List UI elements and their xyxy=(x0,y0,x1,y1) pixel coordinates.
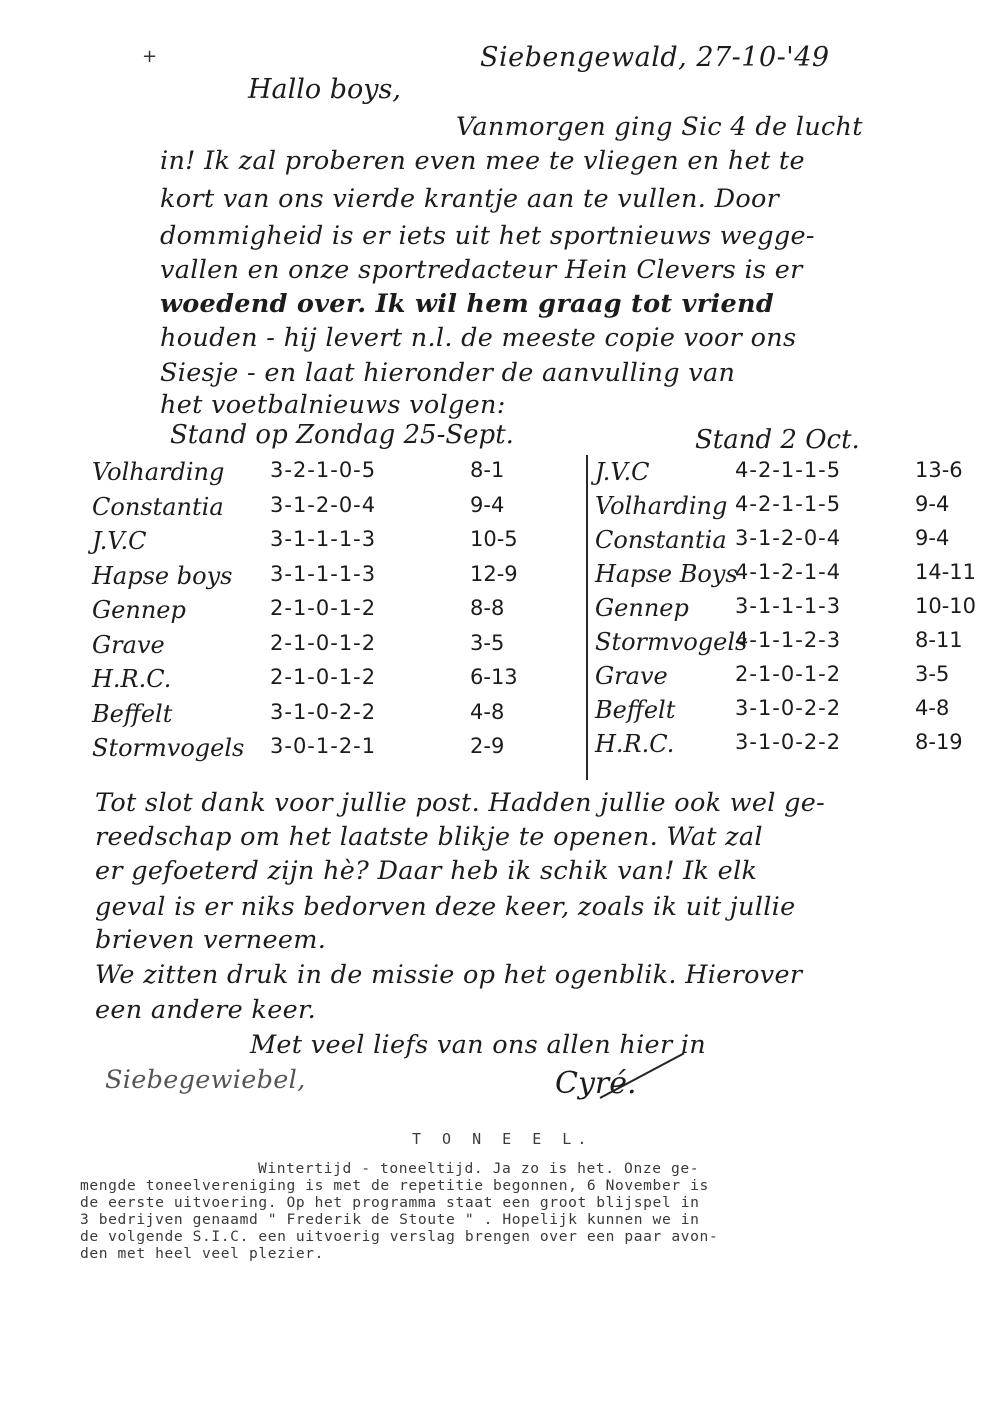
text-line: brieven verneem. xyxy=(95,925,326,955)
team-record: 2-1-0-1-2 xyxy=(270,665,376,689)
text-line: Vanmorgen ging Sic 4 de lucht xyxy=(456,112,863,142)
goal-difference: 3-5 xyxy=(470,631,504,655)
team-name: Beffelt xyxy=(595,696,675,724)
text-line: We zitten druk in de missie op het ogenb… xyxy=(95,960,802,990)
team-record: 3-1-2-0-4 xyxy=(735,526,841,550)
team-name: H.R.C. xyxy=(595,730,674,758)
goal-difference: 3-5 xyxy=(915,662,949,686)
section-title: T O N E E L. xyxy=(412,1130,592,1148)
goal-difference: 4-8 xyxy=(915,696,949,720)
team-name: Stormvogels xyxy=(92,734,244,762)
text-line: er gefoeterd zijn hè? Daar heb ik schik … xyxy=(95,856,757,886)
goal-difference: 10-10 xyxy=(915,594,976,618)
team-name: H.R.C. xyxy=(92,665,171,693)
team-name: Grave xyxy=(595,662,668,690)
team-record: 3-1-0-2-2 xyxy=(270,700,376,724)
team-record: 4-2-1-1-5 xyxy=(735,492,841,516)
team-name: J.V.C xyxy=(92,527,147,555)
goal-difference: 10-5 xyxy=(470,527,518,551)
text-line: houden - hij levert n.l. de meeste copie… xyxy=(160,323,796,353)
goal-difference: 4-8 xyxy=(470,700,504,724)
goal-difference: 9-4 xyxy=(470,493,504,517)
team-name: Grave xyxy=(92,631,165,659)
team-name: Volharding xyxy=(595,492,727,520)
text-line: reedschap om het laatste blikje te opene… xyxy=(95,822,763,852)
goal-difference: 8-19 xyxy=(915,730,963,754)
goal-difference: 8-11 xyxy=(915,628,963,652)
goal-difference: 2-9 xyxy=(470,734,504,758)
text-line: Siesje - en laat hieronder de aanvulling… xyxy=(160,358,735,388)
team-name: Beffelt xyxy=(92,700,172,728)
team-record: 2-1-0-1-2 xyxy=(270,596,376,620)
goal-difference: 9-4 xyxy=(915,492,949,516)
column-divider xyxy=(586,455,588,780)
team-name: Volharding xyxy=(92,458,224,486)
text-line: de eerste uitvoering. Op het programma s… xyxy=(80,1194,700,1211)
goal-difference: 6-13 xyxy=(470,665,518,689)
text-line: de volgende S.I.C. een uitvoerig verslag… xyxy=(80,1228,718,1245)
team-name: Stormvogels xyxy=(595,628,747,656)
text-line: kort van ons vierde krantje aan te vulle… xyxy=(160,184,779,214)
team-record: 4-2-1-1-5 xyxy=(735,458,841,482)
place-signoff: Siebegewiebel, xyxy=(105,1065,306,1095)
team-name: Constantia xyxy=(92,493,224,521)
team-name: J.V.C xyxy=(595,458,650,486)
team-record: 4-1-2-1-4 xyxy=(735,560,841,584)
team-name: Gennep xyxy=(595,594,689,622)
text-line: het voetbalnieuws volgen: xyxy=(160,390,506,420)
goal-difference: 8-1 xyxy=(470,458,504,482)
text-line: dommigheid is er iets uit het sportnieuw… xyxy=(160,221,815,251)
table-title: Stand op Zondag 25-Sept. xyxy=(170,420,514,450)
team-record: 3-1-0-2-2 xyxy=(735,730,841,754)
team-name: Hapse Boys xyxy=(595,560,738,588)
goal-difference: 13-6 xyxy=(915,458,963,482)
corner-mark: + xyxy=(142,46,157,67)
team-record: 3-1-1-1-3 xyxy=(270,562,376,586)
goal-difference: 9-4 xyxy=(915,526,949,550)
team-name: Hapse boys xyxy=(92,562,232,590)
team-record: 2-1-0-1-2 xyxy=(270,631,376,655)
team-record: 3-1-2-0-4 xyxy=(270,493,376,517)
table-title: Stand 2 Oct. xyxy=(695,425,860,455)
text-line: 3 bedrijven genaamd " Frederik de Stoute… xyxy=(80,1211,700,1228)
team-record: 2-1-0-1-2 xyxy=(735,662,841,686)
goal-difference: 14-11 xyxy=(915,560,976,584)
text-line: Wintertijd - toneeltijd. Ja zo is het. O… xyxy=(258,1160,699,1177)
goal-difference: 12-9 xyxy=(470,562,518,586)
text-line: mengde toneelvereniging is met de repeti… xyxy=(80,1177,709,1194)
text-line: in! Ik zal proberen even mee te vliegen … xyxy=(160,146,805,176)
greeting: Hallo boys, xyxy=(248,74,401,105)
text-line: Tot slot dank voor jullie post. Hadden j… xyxy=(95,788,825,818)
team-record: 3-1-1-1-3 xyxy=(735,594,841,618)
team-record: 4-1-1-2-3 xyxy=(735,628,841,652)
text-line: woedend over. Ik wil hem graag tot vrien… xyxy=(160,289,774,319)
team-name: Constantia xyxy=(595,526,727,554)
goal-difference: 8-8 xyxy=(470,596,504,620)
dateline: Siebengewald, 27-10-'49 xyxy=(480,42,830,73)
team-record: 3-0-1-2-1 xyxy=(270,734,376,758)
text-line: den met heel veel plezier. xyxy=(80,1245,324,1262)
team-record: 3-1-1-1-3 xyxy=(270,527,376,551)
closing-line: Met veel liefs van ons allen hier in xyxy=(250,1030,706,1060)
text-line: vallen en onze sportredacteur Hein Cleve… xyxy=(160,255,803,285)
team-record: 3-1-0-2-2 xyxy=(735,696,841,720)
team-record: 3-2-1-0-5 xyxy=(270,458,376,482)
text-line: een andere keer. xyxy=(95,995,316,1025)
team-name: Gennep xyxy=(92,596,186,624)
text-line: geval is er niks bedorven deze keer, zoa… xyxy=(95,892,796,922)
